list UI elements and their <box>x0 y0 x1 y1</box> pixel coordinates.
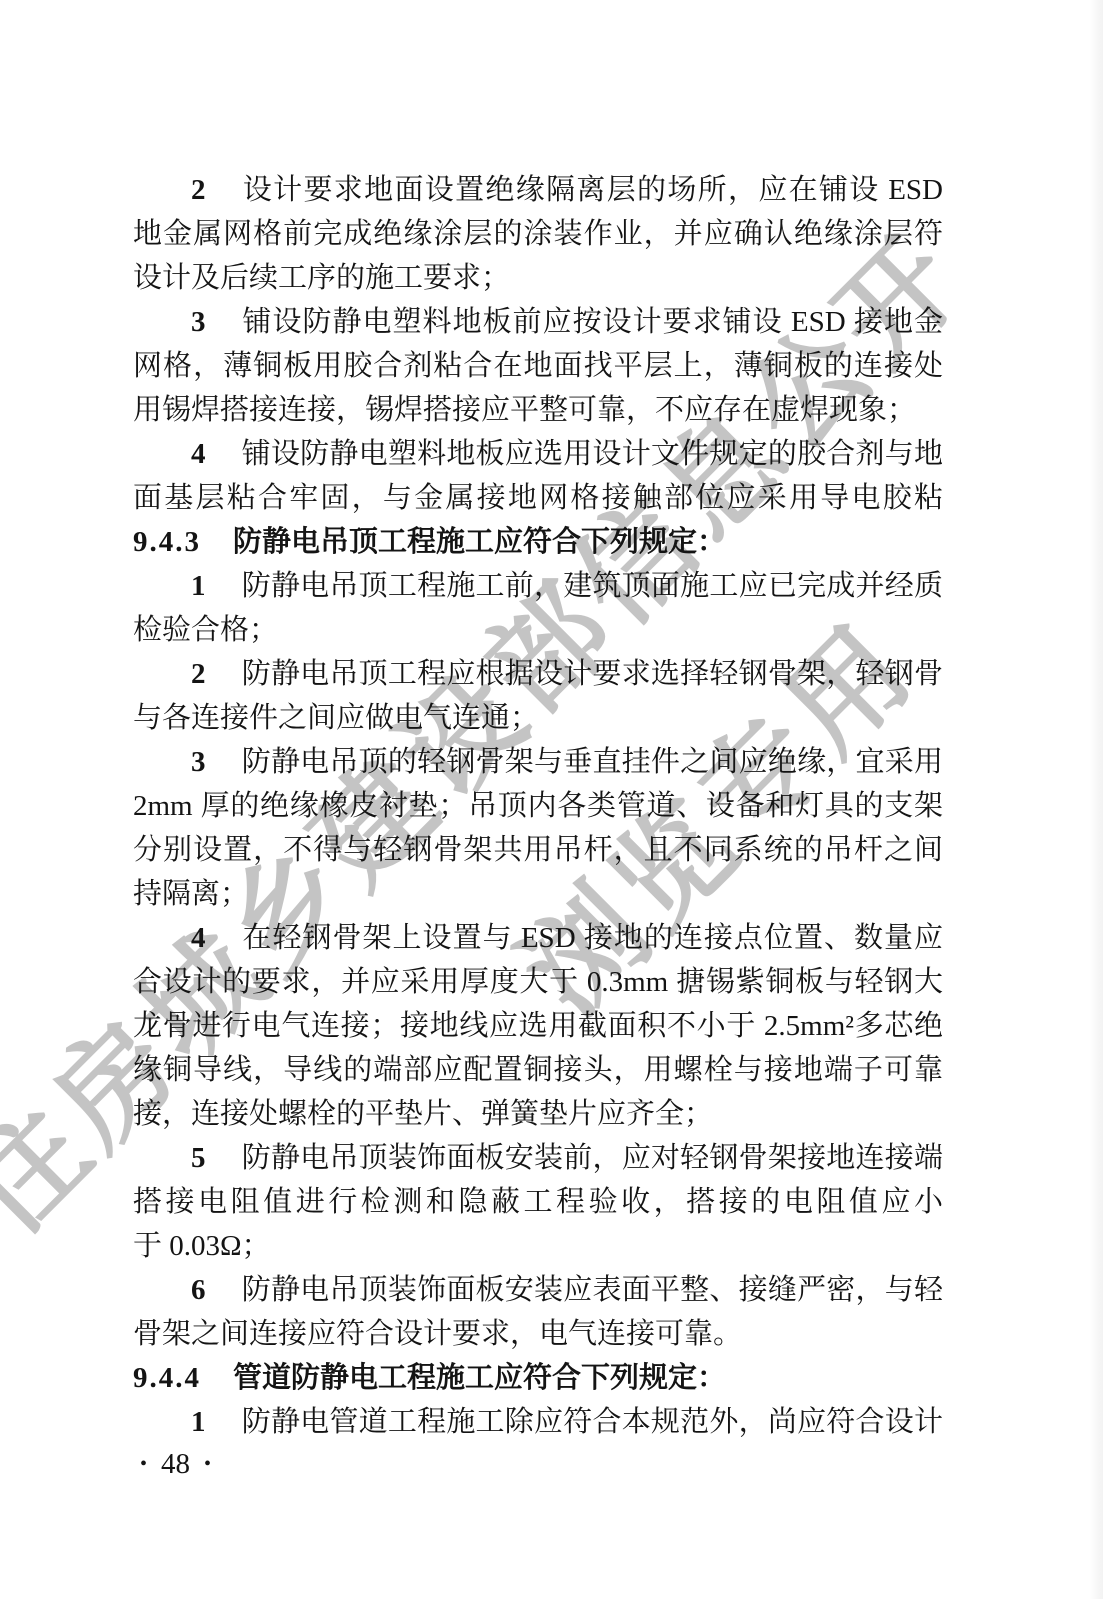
clause-heading: 9.4.3防静电吊顶工程施工应符合下列规定： <box>133 520 943 564</box>
scanned-standard-page: 住房城乡建设部信息公开 浏览专用 2设计要求地面设置绝缘隔离层的场所，应在铺设 … <box>0 0 1103 1599</box>
text-line: 设计及后续工序的施工要求； <box>133 256 943 300</box>
text-line: 4铺设防静电塑料地板应选用设计文件规定的胶合剂与地 <box>133 432 943 476</box>
text-line: 与各连接件之间应做电气连通； <box>133 696 943 740</box>
page-number: • 48 • <box>140 1448 211 1481</box>
clause-number: 9.4.4 <box>133 1362 201 1394</box>
text-line: 面基层粘合牢固，与金属接地网格接触部位应采用导电胶粘合。 <box>133 476 943 520</box>
text-span: 铺设防静电塑料地板前应按设计要求铺设 ESD 接地金属 <box>191 306 943 344</box>
item-number: 6 <box>191 1274 206 1306</box>
text-span: 铺设防静电塑料地板应选用设计文件规定的胶合剂与地 <box>242 438 944 470</box>
item-number: 1 <box>191 1406 206 1438</box>
clause-title: 管道防静电工程施工应符合下列规定： <box>233 1362 726 1394</box>
text-line: 于 0.03Ω； <box>133 1224 943 1268</box>
text-line: 分别设置，不得与轻钢骨架共用吊杆，且不同系统的吊杆之间应保 <box>133 828 943 872</box>
item-number: 4 <box>191 438 206 470</box>
item-number: 2 <box>191 658 206 690</box>
footer-page-number: 48 <box>161 1448 190 1481</box>
footer-left-dot: • <box>140 1450 147 1479</box>
footer-right-dot: • <box>204 1450 211 1479</box>
text-span: 防静电吊顶工程施工前，建筑顶面施工应已完成并经质量 <box>191 570 943 608</box>
text-line: 1防静电吊顶工程施工前，建筑顶面施工应已完成并经质量 <box>133 564 943 608</box>
page-body-text: 2设计要求地面设置绝缘隔离层的场所，应在铺设 ESD 接 地金属网格前完成绝缘涂… <box>133 168 943 1444</box>
text-line: 网格，薄铜板用胶合剂粘合在地面找平层上，薄铜板的连接处应采 <box>133 344 943 388</box>
text-line: 骨架之间连接应符合设计要求，电气连接可靠。 <box>133 1312 943 1356</box>
text-span: 设计要求地面设置绝缘隔离层的场所，应在铺设 ESD 接 <box>191 174 943 212</box>
text-line: 6防静电吊顶装饰面板安装应表面平整、接缝严密，与轻钢 <box>133 1268 943 1312</box>
text-span: 防静电吊顶装饰面板安装应表面平整、接缝严密，与轻钢 <box>191 1274 943 1312</box>
text-line: 用锡焊搭接连接，锡焊搭接应平整可靠，不应存在虚焊现象； <box>133 388 943 432</box>
clause-title: 防静电吊顶工程施工应符合下列规定： <box>233 526 726 558</box>
item-number: 4 <box>191 922 206 954</box>
text-line: 检验合格； <box>133 608 943 652</box>
text-line: 3防静电吊顶的轻钢骨架与垂直挂件之间应绝缘，宜采用 <box>133 740 943 784</box>
clause-heading: 9.4.4管道防静电工程施工应符合下列规定： <box>133 1356 943 1400</box>
text-span: 防静电管道工程施工除应符合本规范外，尚应符合设计文 <box>191 1406 943 1444</box>
text-line: 1防静电管道工程施工除应符合本规范外，尚应符合设计文 <box>133 1400 943 1444</box>
item-number: 2 <box>191 174 206 206</box>
text-line: 合设计的要求，并应采用厚度大于 0.3mm 搪锡紫铜板与轻钢大 <box>133 960 943 1004</box>
item-number: 5 <box>191 1142 206 1174</box>
text-line: 2mm 厚的绝缘橡皮衬垫；吊顶内各类管道、设备和灯具的支架应 <box>133 784 943 828</box>
text-line: 搭接电阻值进行检测和隐蔽工程验收，搭接的电阻值应小 <box>133 1180 943 1224</box>
text-span: 防静电吊顶的轻钢骨架与垂直挂件之间应绝缘，宜采用 <box>242 746 944 778</box>
text-line: 2防静电吊顶工程应根据设计要求选择轻钢骨架，轻钢骨架 <box>133 652 943 696</box>
text-line: 2设计要求地面设置绝缘隔离层的场所，应在铺设 ESD 接 <box>133 168 943 212</box>
text-span: 防静电吊顶装饰面板安装前，应对轻钢骨架接地连接端的 <box>191 1142 943 1180</box>
text-line: 持隔离； <box>133 872 943 916</box>
item-number: 3 <box>191 306 206 338</box>
text-line: 接，连接处螺栓的平垫片、弹簧垫片应齐全； <box>133 1092 943 1136</box>
item-number: 1 <box>191 570 206 602</box>
item-number: 3 <box>191 746 206 778</box>
clause-number: 9.4.3 <box>133 526 201 558</box>
text-line: 5防静电吊顶装饰面板安装前，应对轻钢骨架接地连接端的 <box>133 1136 943 1180</box>
text-span: 防静电吊顶工程应根据设计要求选择轻钢骨架，轻钢骨架 <box>191 658 943 696</box>
text-line: 4在轻钢骨架上设置与 ESD 接地的连接点位置、数量应符 <box>133 916 943 960</box>
text-line: 3铺设防静电塑料地板前应按设计要求铺设 ESD 接地金属 <box>133 300 943 344</box>
text-line: 地金属网格前完成绝缘涂层的涂装作业，并应确认绝缘涂层符合 <box>133 212 943 256</box>
text-line: 缘铜导线，导线的端部应配置铜接头，用螺栓与接地端子可靠连 <box>133 1048 943 1092</box>
text-line: 龙骨进行电气连接；接地线应选用截面积不小于 2.5mm²多芯绝 <box>133 1004 943 1048</box>
text-span: 在轻钢骨架上设置与 ESD 接地的连接点位置、数量应符 <box>191 922 943 960</box>
